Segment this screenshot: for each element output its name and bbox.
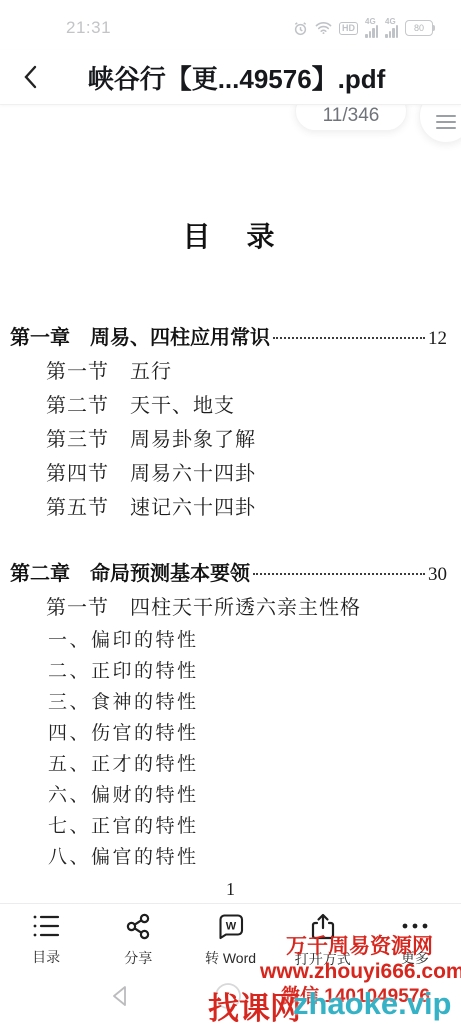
word-icon: W	[217, 913, 245, 945]
open-with-icon	[310, 913, 336, 946]
toc-entry-text: 第二章 命局预测基本要领	[10, 557, 250, 586]
chevron-left-icon	[20, 64, 42, 90]
toolbar-item-目录[interactable]: 目录	[0, 904, 92, 964]
back-button[interactable]	[14, 60, 48, 94]
battery-icon: 80	[405, 20, 435, 36]
toolbar-item-label: 打开方式	[295, 949, 351, 969]
alarm-icon	[293, 21, 308, 36]
pdf-page: 11/346 目 录 第一章 周易、四柱应用常识12第一节 五行第二节 天干、地…	[0, 105, 461, 903]
share-icon	[125, 913, 152, 945]
toolbar-item-label: 目录	[32, 947, 60, 967]
toc-entry-text: 第五节 速记六十四卦	[46, 491, 256, 520]
toc-entry: 三、食神的特性	[0, 687, 461, 718]
wifi-icon	[315, 21, 332, 35]
toc-entry: 七、正官的特性	[0, 811, 461, 842]
dot-leader	[253, 573, 425, 575]
dot-leader	[273, 337, 425, 339]
toc-entry: 一、偏印的特性	[0, 625, 461, 656]
toc-entry-text: 六、偏财的特性	[48, 780, 199, 807]
hd-icon: HD	[339, 22, 358, 35]
toc-entry: 八、偏官的特性	[0, 842, 461, 873]
toolbar-item-label: 分享	[124, 948, 152, 968]
toc-entry: 第四节 周易六十四卦	[0, 457, 461, 491]
hamburger-icon	[435, 114, 457, 130]
toc-entry-text: 第一章 周易、四柱应用常识	[10, 321, 270, 350]
toc-entry: 第一节 四柱天干所透六亲主性格	[0, 591, 461, 625]
phone-screen: 21:31 HD 4G 4G	[0, 0, 461, 1024]
toolbar-item-label: 更多	[401, 948, 429, 968]
outline-button[interactable]	[419, 105, 461, 143]
more-icon	[400, 913, 430, 945]
toc-entry-text: 八、偏官的特性	[48, 842, 199, 869]
toc-entry-text: 第一节 四柱天干所透六亲主性格	[46, 591, 361, 620]
toc-entry-page: 12	[428, 328, 447, 350]
title-bar: 峡谷行【更...49576】.pdf	[0, 50, 461, 105]
pdf-page-number: 1	[0, 879, 461, 900]
nav-home-icon	[213, 981, 243, 1011]
nav-home-button[interactable]	[213, 981, 243, 1016]
toc-entry: 六、偏财的特性	[0, 780, 461, 811]
signal-4g-icon-2: 4G	[385, 18, 398, 38]
toc-entry: 二、正印的特性	[0, 656, 461, 687]
table-of-contents: 目 录 第一章 周易、四柱应用常识12第一节 五行第二节 天干、地支第三节 周易…	[0, 215, 461, 900]
toc-entry-text: 四、伤官的特性	[48, 718, 199, 745]
toc-entry-page: 30	[428, 564, 447, 586]
toc-entry-text: 五、正才的特性	[48, 749, 199, 776]
toolbar-item-分享[interactable]: 分享	[92, 904, 184, 964]
toc-entry: 第二节 天干、地支	[0, 389, 461, 423]
toc-entry-text: 三、食神的特性	[48, 687, 199, 714]
toc-entry-text: 第二节 天干、地支	[46, 389, 235, 418]
toc-entry: 第五节 速记六十四卦	[0, 491, 461, 525]
toc-entry: 四、伤官的特性	[0, 718, 461, 749]
toc-entry: 第三节 周易卦象了解	[0, 423, 461, 457]
android-nav-bar	[0, 963, 461, 1024]
clock: 21:31	[66, 18, 111, 38]
status-icons: HD 4G 4G 80	[293, 18, 435, 38]
toc-entry: 第一节 五行	[0, 355, 461, 389]
toc-entry-text: 七、正官的特性	[48, 811, 199, 838]
nav-back-icon	[110, 985, 130, 1007]
toc-list: 第一章 周易、四柱应用常识12第一节 五行第二节 天干、地支第三节 周易卦象了解…	[0, 321, 461, 873]
toc-entry-text: 一、偏印的特性	[48, 625, 199, 652]
toc-entry-text: 二、正印的特性	[48, 656, 199, 683]
toolbar-item-更多[interactable]: 更多	[369, 904, 461, 964]
toc-entry: 第一章 周易、四柱应用常识12	[0, 321, 461, 355]
toc-entry: 五、正才的特性	[0, 749, 461, 780]
toolbar-item-打开方式[interactable]: 打开方式	[277, 904, 369, 964]
toolbar-item-转-word[interactable]: W转 Word	[184, 904, 276, 964]
toc-entry-text: 第三节 周易卦象了解	[46, 423, 256, 452]
toolbar-item-label: 转 Word	[205, 948, 256, 968]
bottom-toolbar: 目录分享W转 Word打开方式更多	[0, 903, 461, 964]
nav-back-button[interactable]	[110, 985, 130, 1012]
status-bar: 21:31 HD 4G 4G	[0, 0, 461, 50]
document-title: 峡谷行【更...49576】.pdf	[48, 59, 447, 96]
toc-entry: 第二章 命局预测基本要领 30	[0, 557, 461, 591]
toc-title: 目 录	[0, 215, 461, 255]
toc-icon	[31, 913, 61, 944]
toc-entry-text: 第四节 周易六十四卦	[46, 457, 256, 486]
toc-entry-text: 第一节 五行	[46, 355, 172, 384]
page-indicator[interactable]: 11/346	[295, 105, 407, 131]
signal-4g-icon-1: 4G	[365, 18, 378, 38]
svg-text:W: W	[225, 921, 236, 933]
